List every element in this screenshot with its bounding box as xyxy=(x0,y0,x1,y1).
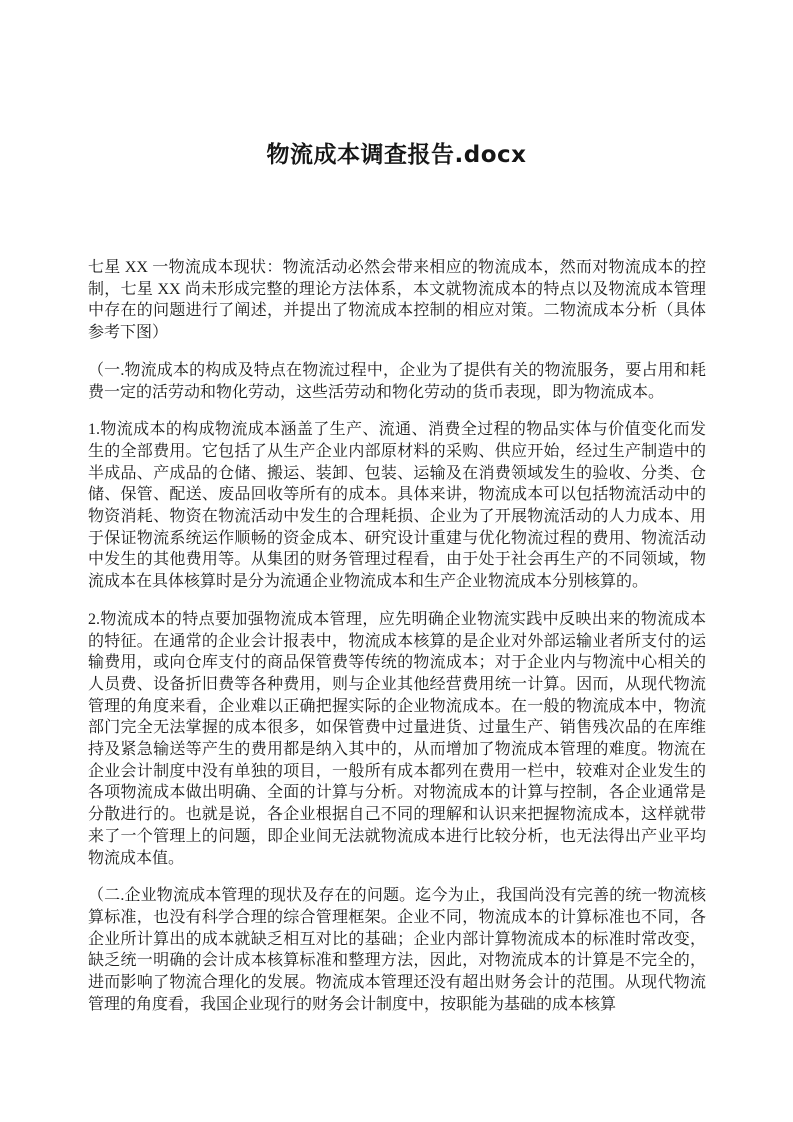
document-body: 七星 XX 一物流成本现状：物流活动必然会带来相应的物流成本，然而对物流成本的控… xyxy=(88,257,706,1032)
paragraph-section-1: （一.物流成本的构成及特点在物流过程中，企业为了提供有关的物流服务，要占用和耗费… xyxy=(88,360,706,403)
paragraph-intro: 七星 XX 一物流成本现状：物流活动必然会带来相应的物流成本，然而对物流成本的控… xyxy=(88,257,706,344)
paragraph-section-2: （二.企业物流成本管理的现状及存在的问题。迄今为止，我国尚没有完善的统一物流核算… xyxy=(88,885,706,1015)
document-page: 物流成本调查报告.docx 七星 XX 一物流成本现状：物流活动必然会带来相应的… xyxy=(0,0,793,1122)
document-title: 物流成本调查报告.docx xyxy=(0,136,793,169)
paragraph-cost-characteristics: 2.物流成本的特点要加强物流成本管理，应先明确企业物流实践中反映出来的物流成本的… xyxy=(88,609,706,869)
paragraph-cost-composition: 1.物流成本的构成物流成本涵盖了生产、流通、消费全过程的物品实体与价值变化而发生… xyxy=(88,419,706,593)
